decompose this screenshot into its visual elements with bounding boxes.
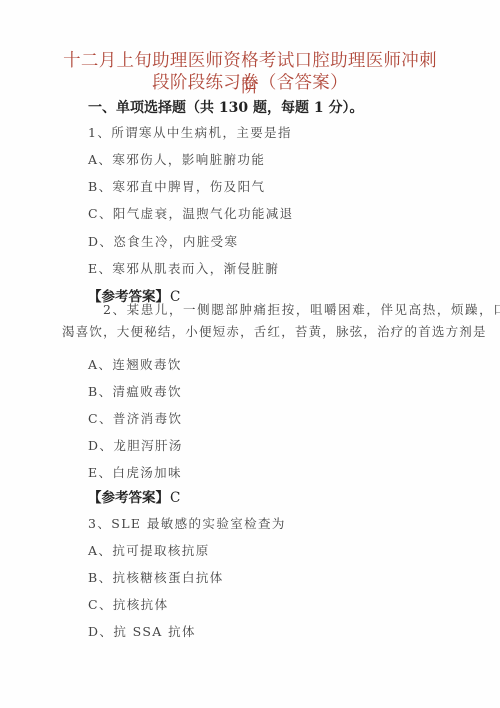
question-3-option-c: C、抗核抗体 — [88, 595, 168, 613]
document-title-line-2: 段阶段练习卷（含答案） — [62, 70, 438, 96]
question-2-option-c: C、普济消毒饮 — [88, 409, 182, 427]
question-2-stem-line-1: 2、某患儿，一侧腮部肿痛拒按，咀嚼困难，伴见高热，烦躁，口 — [103, 300, 500, 318]
question-3-stem: 3、SLE 最敏感的实验室检查为 — [88, 514, 286, 532]
answer-value: C — [170, 490, 180, 506]
question-1-option-a: A、寒邪伤人，影响脏腑功能 — [88, 150, 265, 168]
question-2-option-d: D、龙胆泻肝汤 — [88, 436, 183, 454]
question-3-option-b: B、抗核糖核蛋白抗体 — [88, 568, 224, 586]
question-3-option-a: A、抗可提取核抗原 — [88, 541, 210, 559]
question-1-stem: 1、所谓寒从中生病机，主要是指 — [88, 123, 292, 141]
question-2-option-a: A、连翘败毒饮 — [88, 355, 182, 373]
question-1-option-c: C、阳气虚衰，温煦气化功能减退 — [88, 204, 294, 222]
question-3-option-d: D、抗 SSA 抗体 — [88, 622, 196, 640]
question-1-option-b: B、寒邪直中脾胃，伤及阳气 — [88, 177, 265, 195]
question-1-option-e: E、寒邪从肌表而入，渐侵脏腑 — [88, 259, 279, 277]
section-heading: 一、单项选择题（共 130 题，每题 1 分）。 — [88, 97, 363, 117]
question-2-option-e: E、白虎汤加味 — [88, 463, 182, 481]
question-2-answer: 【参考答案】C — [88, 486, 180, 506]
question-2-option-b: B、清瘟败毒饮 — [88, 382, 182, 400]
question-1-option-d: D、恣食生冷，内脏受寒 — [88, 232, 238, 250]
answer-label: 【参考答案】 — [88, 490, 169, 506]
question-2-stem-line-2: 渴喜饮，大便秘结，小便短赤，舌红，苔黄，脉弦，治疗的首选方剂是 — [62, 322, 487, 340]
document-page: 十二月上旬助理医师资格考试口腔助理医师冲刺阶 段阶段练习卷（含答案） 一、单项选… — [0, 0, 500, 708]
